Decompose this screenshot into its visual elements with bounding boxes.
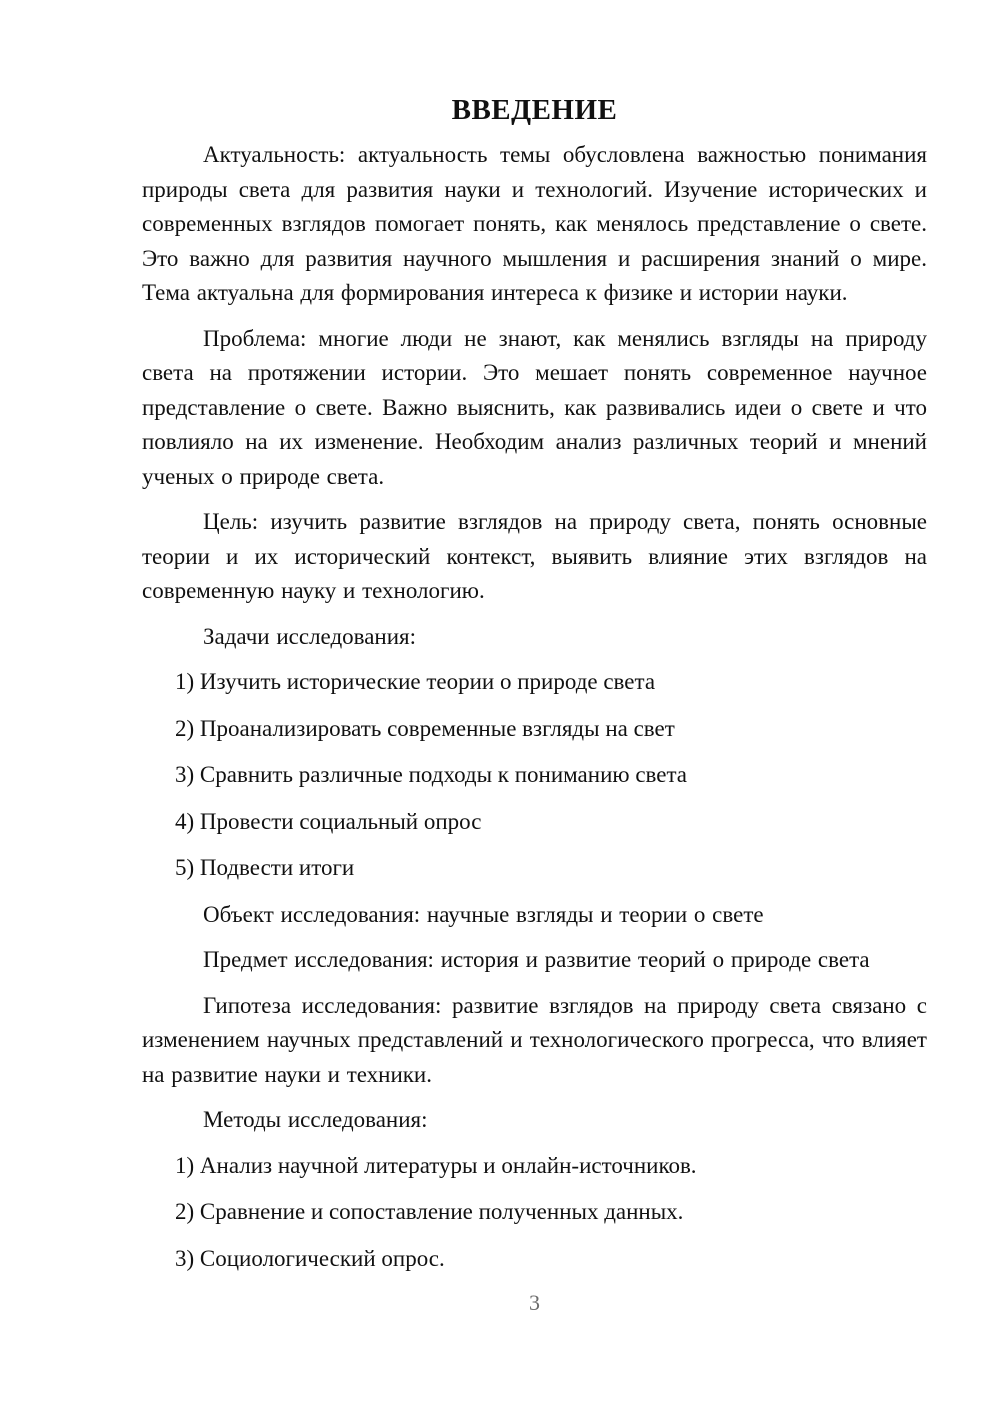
- document-page: ВВЕДЕНИЕ Актуальность: актуальность темы…: [0, 0, 1000, 1414]
- paragraph-object: Объект исследования: научные взгляды и т…: [142, 898, 927, 933]
- paragraph-relevance: Актуальность: актуальность темы обусловл…: [142, 138, 927, 311]
- paragraph-problem: Проблема: многие люди не знают, как меня…: [142, 322, 927, 495]
- task-item-3: 3) Сравнить различные подходы к понимани…: [142, 758, 927, 793]
- task-item-2: 2) Проанализировать современные взгляды …: [142, 712, 927, 747]
- method-item-1: 1) Анализ научной литературы и онлайн-ис…: [142, 1149, 927, 1184]
- task-item-1: 1) Изучить исторические теории о природе…: [142, 665, 927, 700]
- page-title: ВВЕДЕНИЕ: [142, 92, 927, 128]
- methods-list: 1) Анализ научной литературы и онлайн-ис…: [142, 1149, 927, 1277]
- paragraph-subject: Предмет исследования: история и развитие…: [142, 943, 927, 978]
- tasks-list: 1) Изучить исторические теории о природе…: [142, 665, 927, 886]
- tasks-heading: Задачи исследования:: [142, 620, 927, 655]
- task-item-5: 5) Подвести итоги: [142, 851, 927, 886]
- page-number: 3: [142, 1288, 927, 1318]
- methods-heading: Методы исследования:: [142, 1103, 927, 1138]
- paragraph-hypothesis: Гипотеза исследования: развитие взглядов…: [142, 989, 927, 1093]
- method-item-2: 2) Сравнение и сопоставление полученных …: [142, 1195, 927, 1230]
- paragraph-goal: Цель: изучить развитие взглядов на приро…: [142, 505, 927, 609]
- task-item-4: 4) Провести социальный опрос: [142, 805, 927, 840]
- method-item-3: 3) Социологический опрос.: [142, 1242, 927, 1277]
